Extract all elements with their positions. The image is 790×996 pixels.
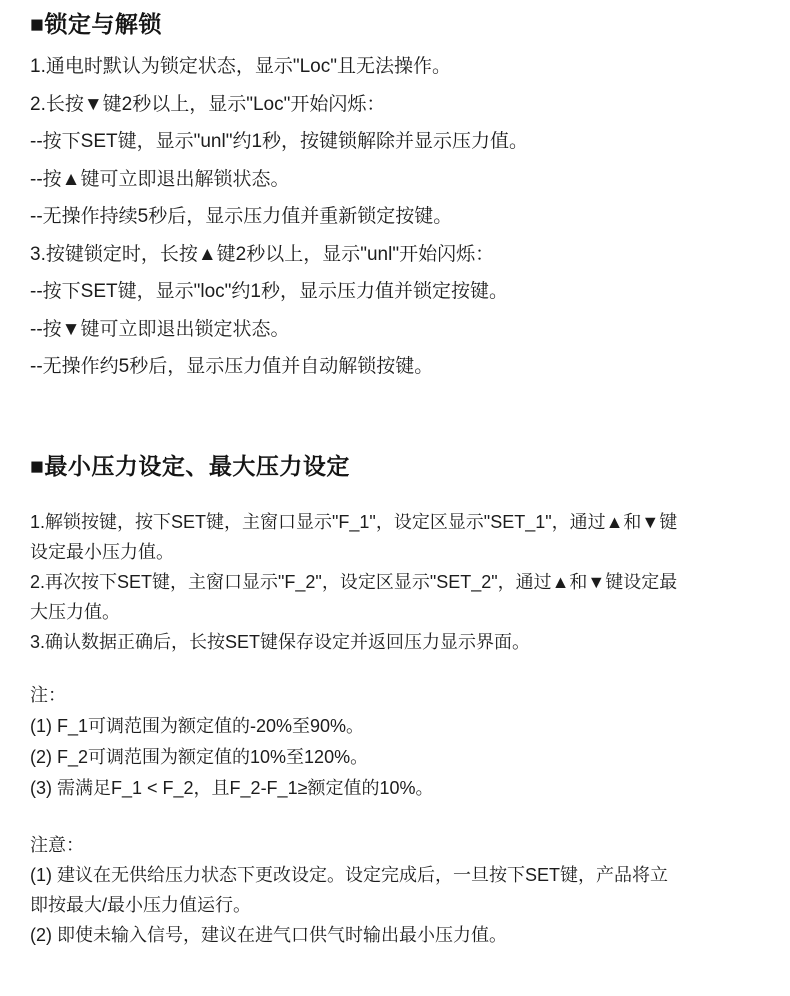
text-line: 3.确认数据正确后，长按SET键保存设定并返回压力显示界面。 [30,627,760,657]
text-line: 2.长按▼键2秒以上，显示"Loc"开始闪烁： [30,86,760,124]
text-line: (1) 建议在无供给压力状态下更改设定。设定完成后，一旦按下SET键，产品将立 [30,860,760,890]
text-line: (3) 需满足F_1 < F_2，且F_2-F_1≥额定值的10%。 [30,773,760,804]
text-line: --无操作约5秒后，显示压力值并自动解锁按键。 [30,348,760,386]
caution-label: 注意： [30,830,760,860]
text-line: 1.通电时默认为锁定状态，显示"Loc"且无法操作。 [30,48,760,86]
text-line: 设定最小压力值。 [30,537,760,567]
lock-unlock-section: 1.通电时默认为锁定状态，显示"Loc"且无法操作。 2.长按▼键2秒以上，显示… [30,48,760,386]
text-line: --按下SET键，显示"loc"约1秒，显示压力值并锁定按键。 [30,273,760,311]
text-line: (2) F_2可调范围为额定值的10%至120%。 [30,742,760,773]
text-line: --按▼键可立即退出锁定状态。 [30,311,760,349]
caution-section: 注意： (1) 建议在无供给压力状态下更改设定。设定完成后，一旦按下SET键，产… [30,830,760,950]
document-page: ■锁定与解锁 1.通电时默认为锁定状态，显示"Loc"且无法操作。 2.长按▼键… [0,0,790,996]
text-line: 2.再次按下SET键，主窗口显示"F_2"，设定区显示"SET_2"，通过▲和▼… [30,567,760,597]
text-line: 即按最大/最小压力值运行。 [30,890,760,920]
text-line: 1.解锁按键，按下SET键，主窗口显示"F_1"，设定区显示"SET_1"，通过… [30,507,760,537]
section-heading-lock-unlock: ■锁定与解锁 [30,8,760,40]
text-line: --按▲键可立即退出解锁状态。 [30,161,760,199]
text-line: (2) 即使未输入信号，建议在进气口供气时输出最小压力值。 [30,920,760,950]
text-line: --无操作持续5秒后，显示压力值并重新锁定按键。 [30,198,760,236]
text-line: --按下SET键，显示"unl"约1秒，按键锁解除并显示压力值。 [30,123,760,161]
text-line: 大压力值。 [30,597,760,627]
text-line: (1) F_1可调范围为额定值的-20%至90%。 [30,711,760,742]
pressure-settings-section: 1.解锁按键，按下SET键，主窗口显示"F_1"，设定区显示"SET_1"，通过… [30,507,760,657]
note-section: 注： (1) F_1可调范围为额定值的-20%至90%。 (2) F_2可调范围… [30,680,760,804]
text-line: 3.按键锁定时，长按▲键2秒以上，显示"unl"开始闪烁： [30,236,760,274]
section-heading-pressure-settings: ■最小压力设定、最大压力设定 [30,450,760,482]
note-label: 注： [30,680,760,711]
